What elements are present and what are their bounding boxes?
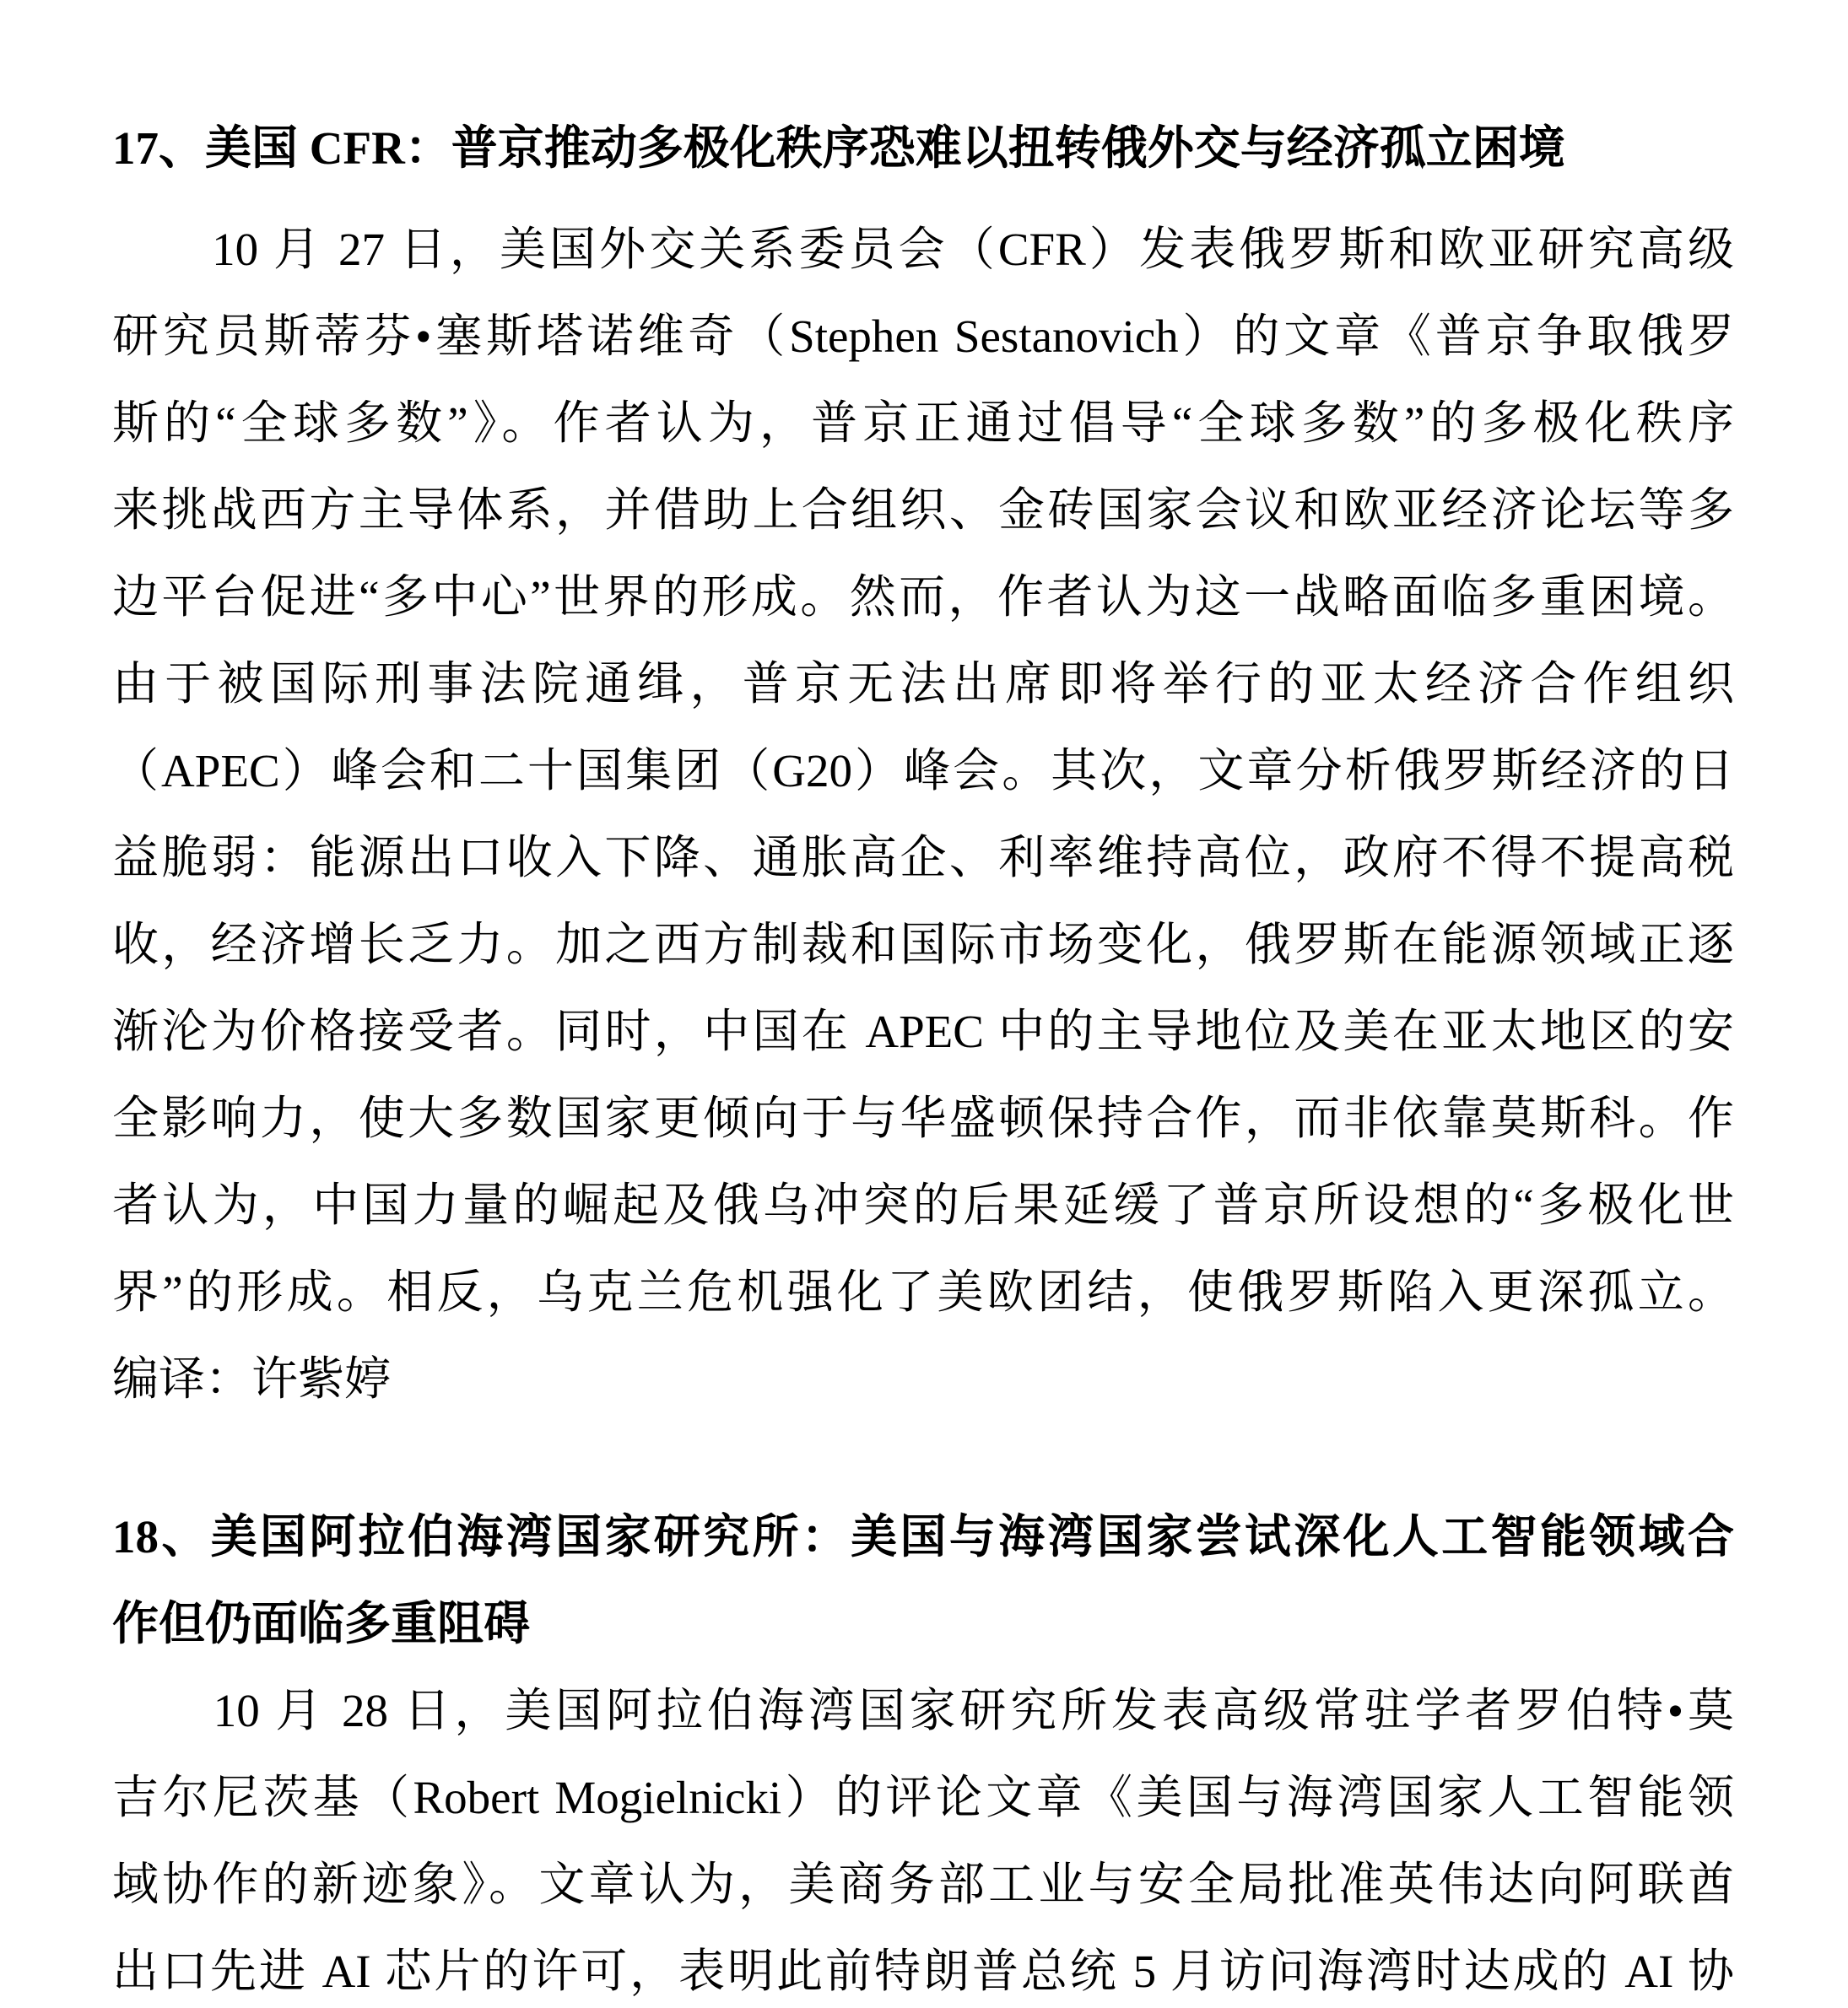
body-line: 出口先进 AI 芯片的许可，表明此前特朗普总统 5 月访问海湾时达成的 AI 协: [112, 1928, 1734, 2008]
section-18: 18、美国阿拉伯海湾国家研究所：美国与海湾国家尝试深化人工智能领域合作但仍面临多…: [112, 1493, 1734, 2008]
heading-line: 作但仍面临多重阻碍: [112, 1580, 1734, 1667]
body-line: 收，经济增长乏力。加之西方制裁和国际市场变化，俄罗斯在能源领域正逐: [112, 901, 1734, 988]
body-line: （APEC）峰会和二十国集团（G20）峰会。其次，文章分析俄罗斯经济的日: [112, 727, 1734, 814]
body-line: 研究员斯蒂芬•塞斯塔诺维奇（Stephen Sestanovich）的文章《普京…: [112, 293, 1734, 380]
body-line: 斯的“全球多数”》。作者认为，普京正通过倡导“全球多数”的多极化秩序: [112, 380, 1734, 467]
body-line: 编译：许紫婷: [112, 1336, 1734, 1422]
body-line: 10 月 27 日，美国外交关系委员会（CFR）发表俄罗斯和欧亚研究高级: [112, 206, 1734, 293]
body-line: 10 月 28 日，美国阿拉伯海湾国家研究所发表高级常驻学者罗伯特•莫: [112, 1667, 1734, 1754]
section-17-paragraph: 10 月 27 日，美国外交关系委员会（CFR）发表俄罗斯和欧亚研究高级研究员斯…: [112, 206, 1734, 1422]
section-17-heading: 17、美国 CFR：普京推动多极化秩序恐难以扭转俄外交与经济孤立困境: [112, 105, 1734, 192]
body-line: 吉尔尼茨基（Robert Mogielnicki）的评论文章《美国与海湾国家人工…: [112, 1754, 1734, 1841]
document-page: 17、美国 CFR：普京推动多极化秩序恐难以扭转俄外交与经济孤立困境 10 月 …: [0, 0, 1848, 2008]
heading-line: 18、美国阿拉伯海湾国家研究所：美国与海湾国家尝试深化人工智能领域合: [112, 1493, 1734, 1580]
heading-line: 17、美国 CFR：普京推动多极化秩序恐难以扭转俄外交与经济孤立困境: [112, 105, 1734, 192]
body-line: 者认为，中国力量的崛起及俄乌冲突的后果延缓了普京所设想的“多极化世: [112, 1162, 1734, 1249]
section-17: 17、美国 CFR：普京推动多极化秩序恐难以扭转俄外交与经济孤立困境 10 月 …: [112, 105, 1734, 1422]
document-content: 17、美国 CFR：普京推动多极化秩序恐难以扭转俄外交与经济孤立困境 10 月 …: [112, 105, 1734, 2008]
body-line: 来挑战西方主导体系，并借助上合组织、金砖国家会议和欧亚经济论坛等多: [112, 467, 1734, 553]
body-line: 全影响力，使大多数国家更倾向于与华盛顿保持合作，而非依靠莫斯科。作: [112, 1075, 1734, 1162]
body-line: 域协作的新迹象》。文章认为，美商务部工业与安全局批准英伟达向阿联酋: [112, 1841, 1734, 1928]
body-line: 界”的形成。相反，乌克兰危机强化了美欧团结，使俄罗斯陷入更深孤立。: [112, 1249, 1734, 1336]
section-18-paragraph: 10 月 28 日，美国阿拉伯海湾国家研究所发表高级常驻学者罗伯特•莫吉尔尼茨基…: [112, 1667, 1734, 2008]
section-18-heading: 18、美国阿拉伯海湾国家研究所：美国与海湾国家尝试深化人工智能领域合作但仍面临多…: [112, 1493, 1734, 1667]
body-line: 边平台促进“多中心”世界的形成。然而，作者认为这一战略面临多重困境。: [112, 553, 1734, 640]
body-line: 益脆弱：能源出口收入下降、通胀高企、利率维持高位，政府不得不提高税: [112, 814, 1734, 901]
body-line: 渐沦为价格接受者。同时，中国在 APEC 中的主导地位及美在亚太地区的安: [112, 988, 1734, 1075]
body-line: 由于被国际刑事法院通缉，普京无法出席即将举行的亚太经济合作组织: [112, 640, 1734, 727]
